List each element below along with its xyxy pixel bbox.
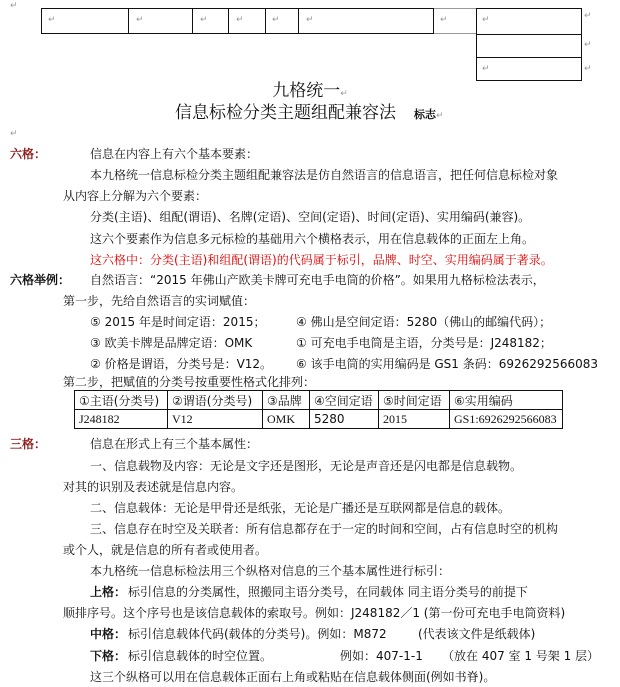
cell-mark: ↵ xyxy=(306,12,314,28)
table-header-cell: ①主语(分类号) xyxy=(75,391,168,410)
middle-grid-label: 中格： xyxy=(90,626,126,642)
row-mark: ↵ xyxy=(584,61,592,77)
three-grid-attr3a: 三、信息存在时空及关联者：所有信息都存在于一定的时间和空间，占有信息时空的机构 xyxy=(90,521,558,537)
six-grid-para1a: 本九格统一信息标检分类主题组配兼容法是仿自然语言的信息语言，把任何信息标检对象 xyxy=(90,167,558,183)
row-mark: ↵ xyxy=(584,8,592,24)
cell-mark: ↵ xyxy=(236,12,244,28)
table-header-cell: ⑤时间定语 xyxy=(379,391,450,410)
upper-grid-text: 标引信息的分类属性，照搬同主语分类号，在同载体 同主语分类号的前提下 xyxy=(128,584,528,600)
table-cell: V12 xyxy=(168,410,263,429)
section-label-three-grid: 三格： xyxy=(10,436,46,452)
example-intro: 自然语言：“2015 年佛山产欧美卡牌可充电手电筒的价格”。如果用九格标检法表示… xyxy=(90,272,545,288)
lower-grid-example: 例如：407-1-1 xyxy=(340,648,423,664)
three-grid-attr1b: 对其的识别及表述就是信息内容。 xyxy=(63,479,243,495)
three-grid-attr3b: 或个人，就是信息的所有者或使用者。 xyxy=(63,542,267,558)
section-label-example: 六格举例： xyxy=(10,272,70,288)
lower-grid-text: 标引信息载体的时空位置。 xyxy=(128,648,272,664)
section-label-six-grid: 六格： xyxy=(10,146,46,162)
lower-grid-label: 下格： xyxy=(90,648,126,664)
example-item: ⑥ 该手电筒的实用编码是 GS1 条码：6926292566083 xyxy=(296,356,598,372)
cell-mark: ↵ xyxy=(440,12,448,28)
six-grid-para2: 这六个要素作为信息多元标检的基础用六个横格表示，用在信息载体的正面左上角。 xyxy=(90,231,534,247)
three-grid-closing: 这三个纵格可以用在信息载体正面右上角或粘贴在信息载体侧面(例如书脊)。 xyxy=(90,669,495,685)
example-step2: 第二步，把赋值的分类号按重要性格式化排列： xyxy=(63,374,315,390)
example-item: ④ 佛山是空间定语：5280（佛山的邮编代码）； xyxy=(296,314,551,330)
example-item: ① 可充电手电筒是主语，分类号是：J248182； xyxy=(296,335,552,351)
table-row: J248182 V12 OMK 5280 2015 GS1:6926292566… xyxy=(75,410,563,429)
cell-mark: ↵ xyxy=(200,12,208,28)
paragraph-mark: ↵ xyxy=(10,0,18,14)
six-grid-elements: 分类(主语)、组配(谓语)、名牌(定语)、空间(定语)、时间(定语)、实用编码(… xyxy=(90,209,530,225)
table-cell: J248182 xyxy=(75,410,168,429)
three-grid-intro: 信息在形式上有三个基本属性： xyxy=(90,436,258,452)
six-grid-para3: 这六格中：分类(主语)和组配(谓语)的代码属于标引，品牌、时空、实用编码属于著录… xyxy=(90,252,553,268)
cell-mark: ↵ xyxy=(482,61,490,77)
three-grid-attr2: 二、信息载体：无论是甲骨还是纸张，无论是广播还是互联网都是信息的载体。 xyxy=(90,500,510,516)
title-line2: 信息标检分类主题组配兼容法标志↵ xyxy=(175,103,444,126)
table-cell: 2015 xyxy=(379,410,450,429)
example-item: ② 价格是谓语，分类号是：V12。 xyxy=(90,356,272,372)
example-item: ⑤ 2015 年是时间定语：2015； xyxy=(90,314,265,330)
cell-mark: ↵ xyxy=(136,12,144,28)
table-cell: GS1:6926292566083 xyxy=(450,410,563,429)
three-grid-method: 本九格统一信息标检法用三个纵格对信息的三个基本属性进行标引： xyxy=(90,563,450,579)
title-line1: 九格统一↵ xyxy=(0,81,620,104)
middle-grid-note: (代表该文件是纸载体) xyxy=(418,626,535,642)
table-header-cell: ⑥实用编码 xyxy=(450,391,563,410)
table-header-cell: ③品牌 xyxy=(263,391,310,410)
table-header-row: ①主语(分类号) ②谓语(分类号) ③品牌 ④空间定语 ⑤时间定语 ⑥实用编码 xyxy=(75,391,563,410)
three-grid-attr1a: 一、信息载物及内容：无论是文字还是图形，无论是声音还是闪电都是信息载物。 xyxy=(90,458,522,474)
six-grid-intro: 信息在内容上有六个基本要素： xyxy=(90,146,258,162)
cell-mark: ↵ xyxy=(48,12,56,28)
six-grid-para1b: 从内容上分解为六个要素： xyxy=(63,188,207,204)
example-item: ③ 欧美卡牌是品牌定语：OMK xyxy=(90,335,252,351)
example-step1: 第一步，先给自然语言的实词赋值： xyxy=(63,293,255,309)
table-header-cell: ②谓语(分类号) xyxy=(168,391,263,410)
cell-mark: ↵ xyxy=(272,12,280,28)
upper-grid-label: 上格： xyxy=(90,584,126,600)
classification-table: ①主语(分类号) ②谓语(分类号) ③品牌 ④空间定语 ⑤时间定语 ⑥实用编码 … xyxy=(74,390,563,429)
upper-grid-text2: 顺排序号。这个序号也是该信息载体的索取号。例如：J248182／1 (第一份可充… xyxy=(63,605,565,621)
lower-grid-note: （放在 407 室 1 号架 1 层） xyxy=(442,648,599,664)
middle-grid-text: 标引信息载体代码(载体的分类号)。例如：M872 xyxy=(128,626,387,642)
table-header-cell: ④空间定语 xyxy=(310,391,379,410)
cell-mark: ↵ xyxy=(482,12,490,28)
table-cell: OMK xyxy=(263,410,310,429)
row-mark: ↵ xyxy=(584,37,592,53)
tag-label: 标志 xyxy=(414,108,436,121)
table-cell: 5280 xyxy=(310,410,379,429)
